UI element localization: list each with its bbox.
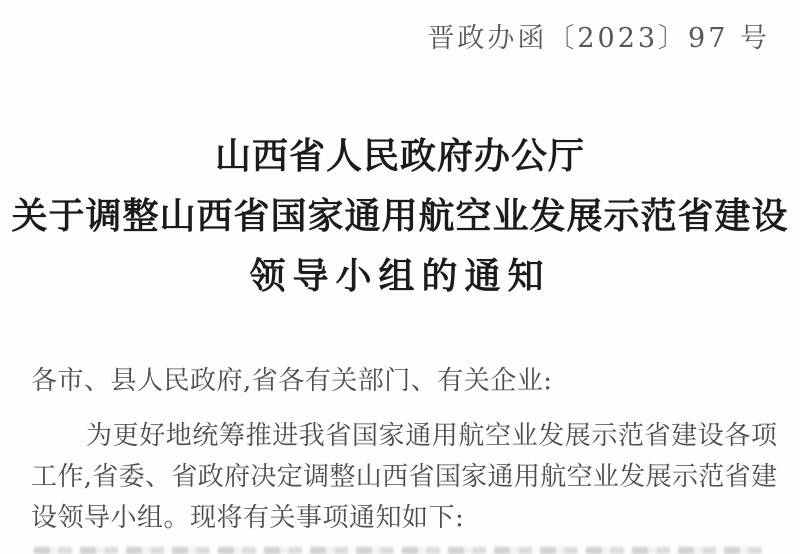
document-reference-number: 晋政办函〔2023〕97 号: [427, 22, 770, 56]
document-body: 各市、县人民政府,省各有关部门、有关企业: 为更好地统筹推进我省国家通用航空业发…: [31, 361, 777, 539]
title-line-subject-continued: 领导小组的通知: [0, 246, 800, 306]
body-paragraph-line-3: 设领导小组。现将有关事项通知如下:: [31, 498, 777, 539]
cut-off-next-line-smudge: [34, 547, 764, 554]
salutation-line: 各市、县人民政府,省各有关部门、有关企业:: [31, 361, 777, 401]
document-title: 山西省人民政府办公厅 关于调整山西省国家通用航空业发展示范省建设 领导小组的通知: [0, 126, 800, 306]
body-paragraph-line-2: 工作,省委、省政府决定调整山西省国家通用航空业发展示范省建: [31, 457, 777, 498]
title-line-issuer: 山西省人民政府办公厅: [0, 126, 800, 186]
scanned-document-page: 晋政办函〔2023〕97 号 山西省人民政府办公厅 关于调整山西省国家通用航空业…: [0, 0, 800, 554]
body-paragraph-line-1: 为更好地统筹推进我省国家通用航空业发展示范省建设各项: [31, 416, 777, 457]
title-line-subject: 关于调整山西省国家通用航空业发展示范省建设: [0, 186, 800, 246]
